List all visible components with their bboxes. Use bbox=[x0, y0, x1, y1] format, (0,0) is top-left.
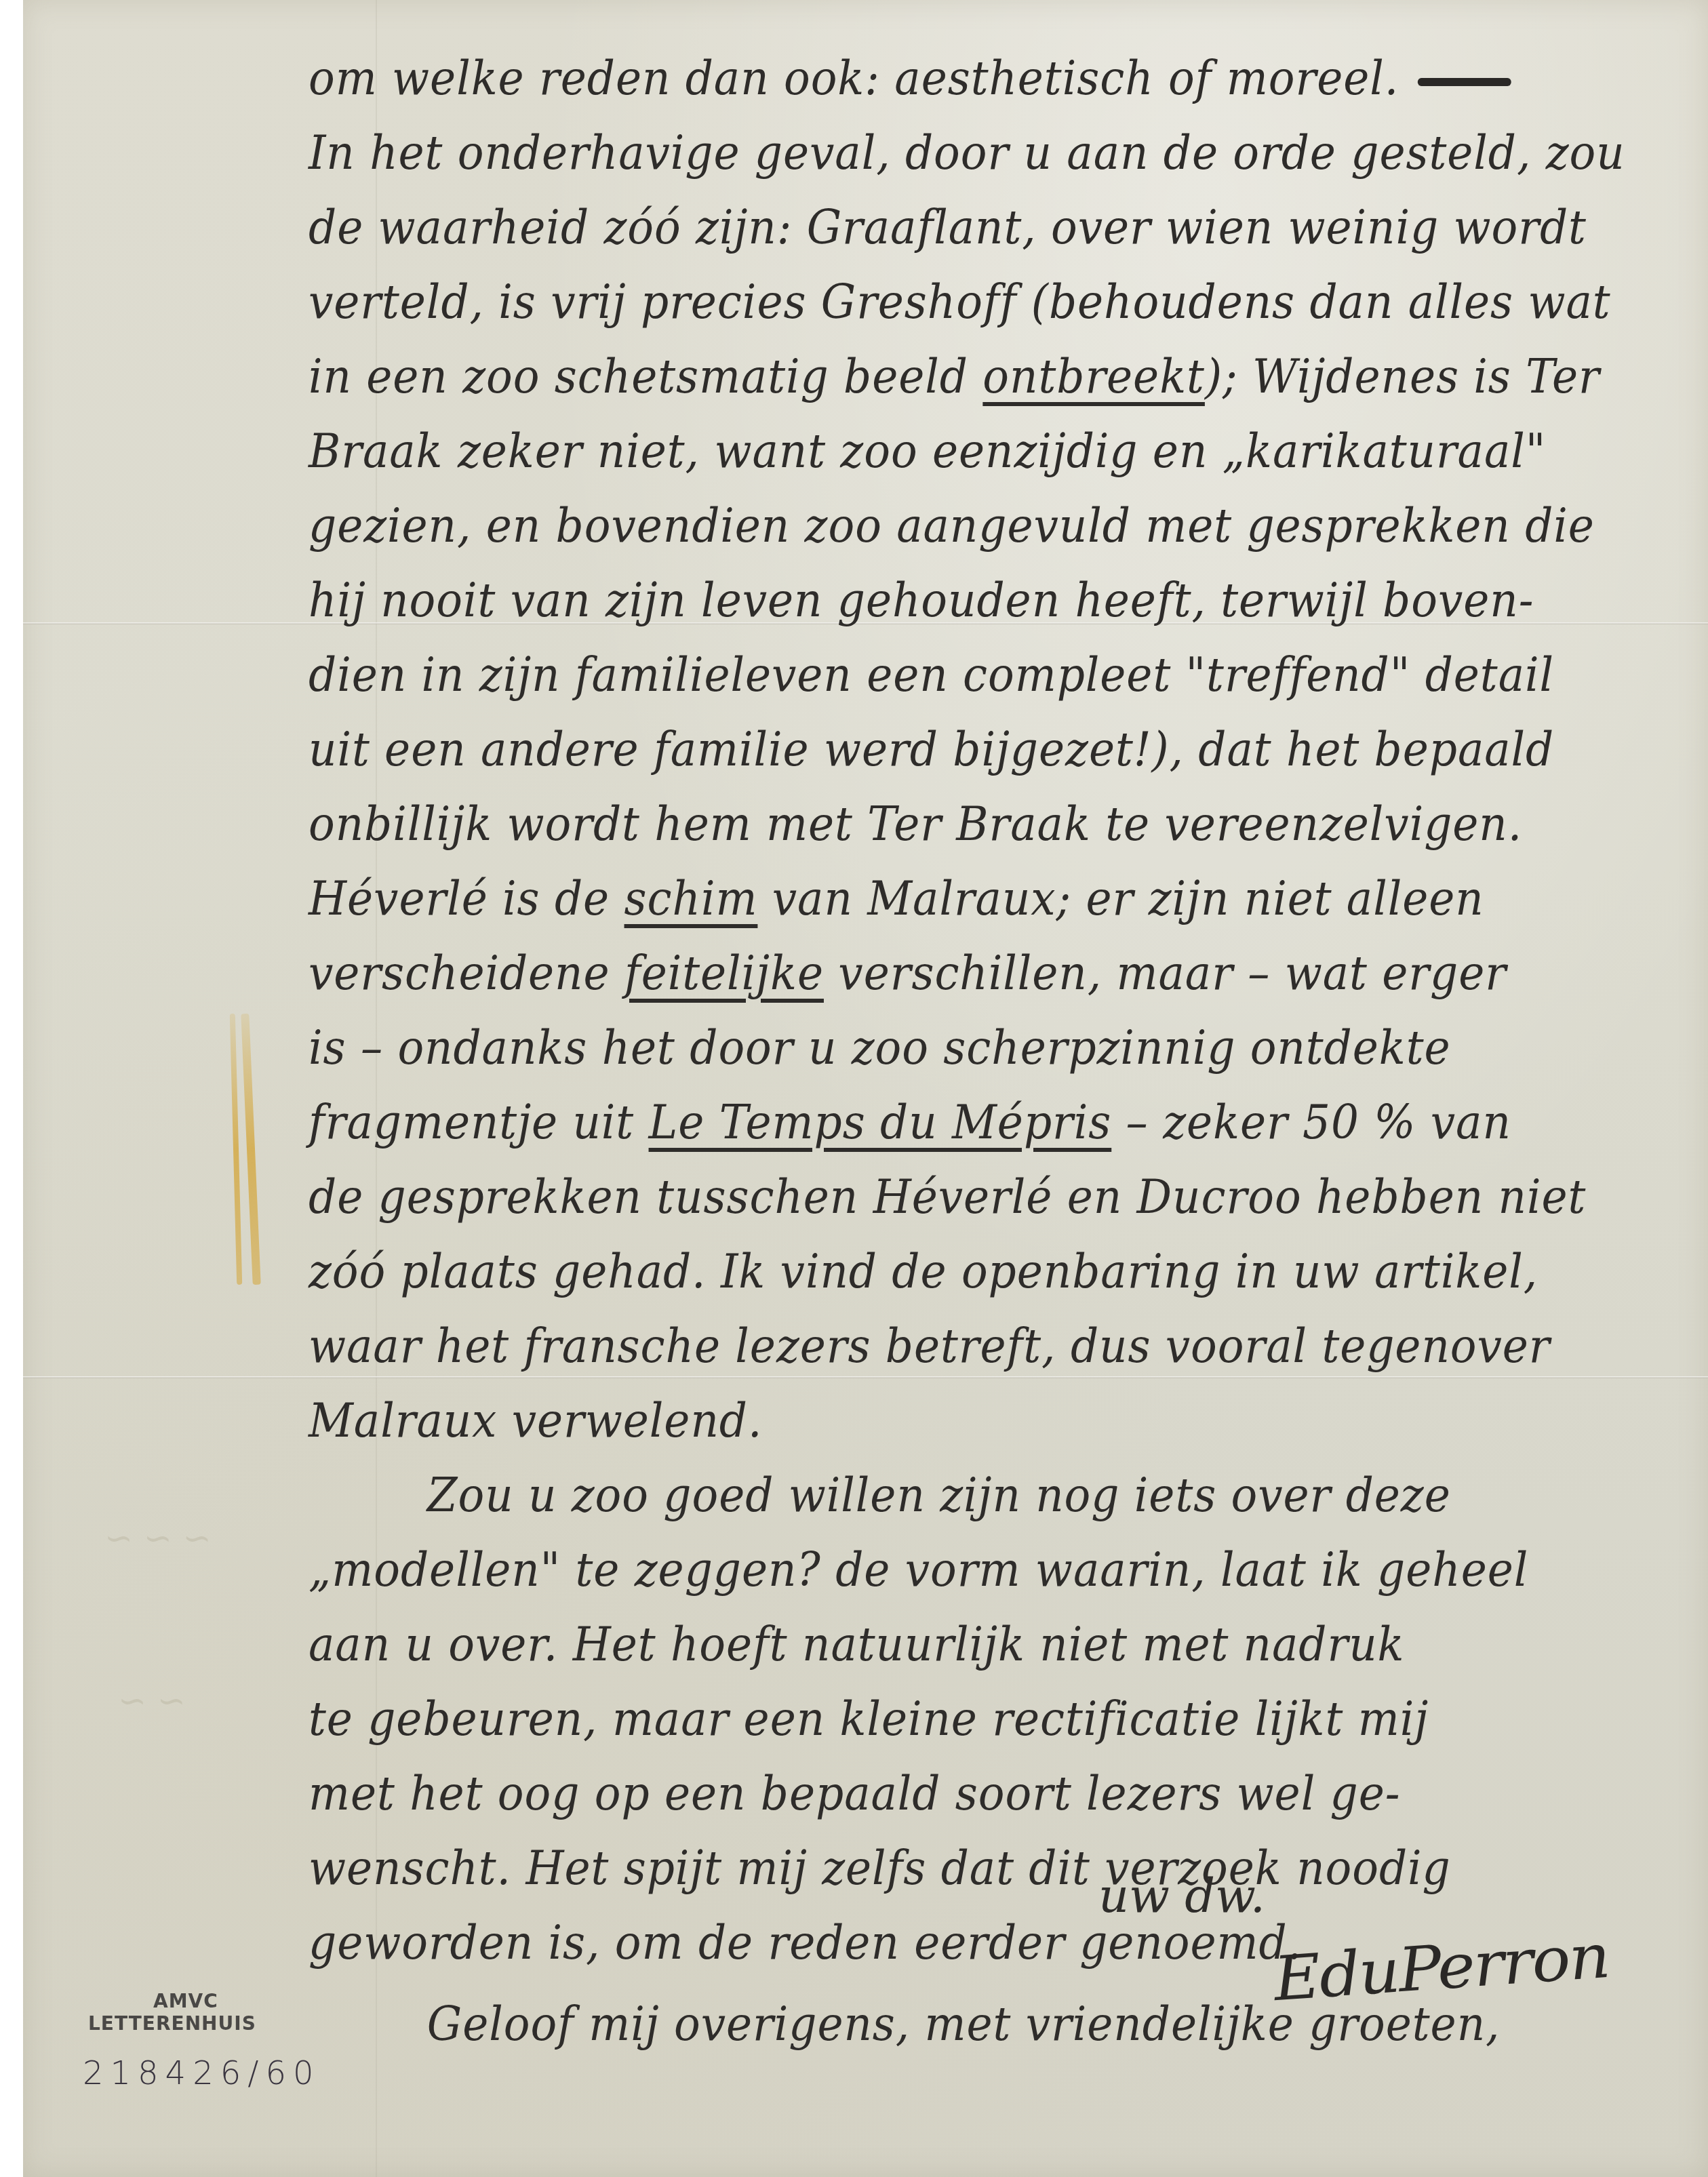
dash-mark bbox=[1418, 78, 1511, 86]
body-line: aan u over. Het hoeft natuurlijk niet me… bbox=[309, 1607, 1550, 1681]
archive-stamp: AMVC LETTERENHUIS bbox=[88, 1990, 256, 2035]
body-line: „modellen" te zeggen? de vorm waarin, la… bbox=[309, 1532, 1550, 1607]
body-line: de gesprekken tusschen Héverlé en Ducroo… bbox=[309, 1159, 1550, 1234]
body-line: verscheidene feitelijke verschillen, maa… bbox=[309, 936, 1550, 1010]
body-line: de waarheid zóó zijn: Graaflant, over wi… bbox=[309, 190, 1550, 264]
body-line: gezien, en bovendien zoo aangevuld met g… bbox=[309, 488, 1550, 563]
underlined-word: ontbreekt bbox=[982, 348, 1205, 404]
body-line: waar het fransche lezers betreft, dus vo… bbox=[309, 1309, 1550, 1383]
crayon-margin-mark bbox=[233, 1014, 260, 1285]
underlined-word: feitelijke bbox=[624, 945, 824, 1001]
body-line: Malraux verwelend. bbox=[309, 1383, 1550, 1458]
body-line: met het oog op een bepaald soort lezers … bbox=[309, 1756, 1550, 1831]
body-line: Héverlé is de schim van Malraux; er zijn… bbox=[309, 861, 1550, 936]
body-line: hij nooit van zijn leven gehouden heeft,… bbox=[309, 563, 1550, 637]
body-line: dien in zijn familieleven een compleet "… bbox=[309, 637, 1550, 712]
letter-body: om welke reden dan ook: aesthetisch of m… bbox=[309, 41, 1550, 2061]
stamp-line-1: AMVC bbox=[88, 1990, 256, 2012]
underlined-word: schim bbox=[624, 871, 758, 926]
body-line: Braak zeker niet, want zoo eenzijdig en … bbox=[309, 414, 1550, 488]
body-line: In het onderhavige geval, door u aan de … bbox=[309, 115, 1550, 190]
body-line: verteld, is vrij precies Greshoff (behou… bbox=[309, 264, 1550, 339]
stamp-line-2: LETTERENHUIS bbox=[88, 2012, 256, 2035]
body-line: onbillijk wordt hem met Ter Braak te ver… bbox=[309, 786, 1550, 861]
valediction: uw dw. bbox=[1098, 1868, 1265, 1923]
body-line: fragmentje uit Le Temps du Mépris – zeke… bbox=[309, 1085, 1550, 1159]
underlined-title: Le Temps du Mépris bbox=[649, 1094, 1112, 1150]
body-line: in een zoo schetsmatig beeld ontbreekt);… bbox=[309, 339, 1550, 414]
bleed-through-text: ~ ~ bbox=[118, 1681, 186, 1721]
body-line: te gebeuren, maar een kleine rectificati… bbox=[309, 1681, 1550, 1756]
body-line: zóó plaats gehad. Ik vind de openbaring … bbox=[309, 1234, 1550, 1309]
body-line: is – ondanks het door u zoo scherpzinnig… bbox=[309, 1010, 1550, 1085]
body-line: om welke reden dan ook: aesthetisch of m… bbox=[309, 41, 1550, 115]
bleed-through-text: ~ ~ ~ bbox=[104, 1519, 211, 1558]
archive-number: 218426/60 bbox=[83, 2054, 320, 2092]
body-line: wenscht. Het spijt mij zelfs dat dit ver… bbox=[309, 1831, 1550, 1905]
body-line: Zou u zoo goed willen zijn nog iets over… bbox=[309, 1458, 1550, 1532]
body-line: uit een andere familie werd bijgezet!), … bbox=[309, 712, 1550, 786]
